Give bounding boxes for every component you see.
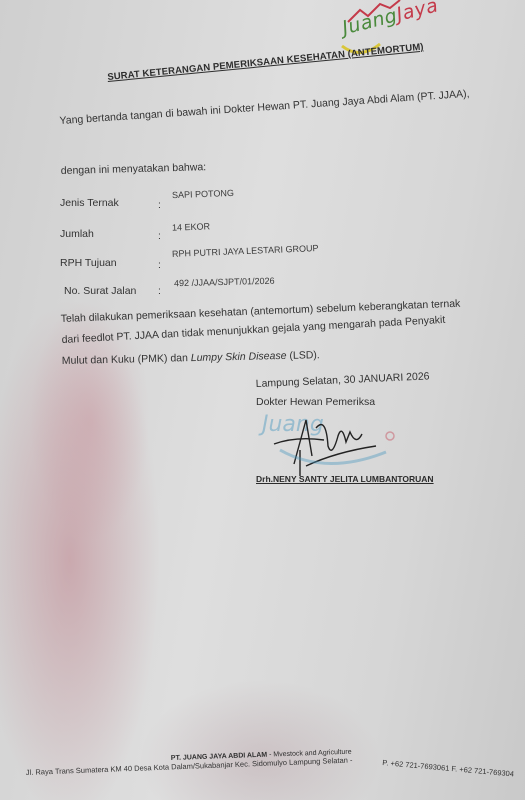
field-value-jenis-ternak: SAPI POTONG <box>172 188 234 200</box>
field-colon: : <box>158 230 161 242</box>
field-label-rph-tujuan: RPH Tujuan <box>60 257 117 269</box>
field-label-jumlah: Jumlah <box>60 228 94 240</box>
field-label-jenis-ternak: Jenis Ternak <box>60 197 119 209</box>
field-colon: : <box>158 199 161 211</box>
document-title: SURAT KETERANGAN PEMERIKSAAN KESEHATAN (… <box>107 42 424 83</box>
signature-block: Lampung Selatan, 30 JANUARI 2026 Dokter … <box>256 378 496 498</box>
field-value-rph-tujuan: RPH PUTRI JAYA LESTARI GROUP <box>172 243 319 259</box>
signatory-name: Drh.NENY SANTY JELITA LUMBANTORUAN <box>256 474 434 484</box>
field-label-no-surat-jalan: No. Surat Jalan <box>64 285 136 297</box>
paragraph-line-3: Mulut dan Kuku (PMK) dan Lumpy Skin Dise… <box>62 349 320 367</box>
intro-line-2: dengan ini menyatakan bahwa: <box>61 161 207 177</box>
footer-contact: P. +62 721-7693061 F. +62 721-769304 <box>382 758 514 778</box>
signature-place-date: Lampung Selatan, 30 JANUARI 2026 <box>255 370 429 390</box>
field-value-no-surat-jalan: 492 /JJAA/SJPT/01/2026 <box>174 276 275 289</box>
paragraph-line-3-end: (LSD). <box>286 349 320 362</box>
document-paper: JuangJaya SURAT KETERANGAN PEMERIKSAAN K… <box>0 0 525 800</box>
paragraph-line-3-italic: Lumpy Skin Disease <box>191 350 287 364</box>
field-value-jumlah: 14 EKOR <box>172 221 210 232</box>
intro-line-1: Yang bertanda tangan di bawah ini Dokter… <box>59 88 470 127</box>
field-colon: : <box>158 285 161 297</box>
signature-scribble-icon <box>266 406 406 476</box>
field-colon: : <box>158 259 161 271</box>
paragraph-line-3-text: Mulut dan Kuku (PMK) dan <box>62 352 191 367</box>
